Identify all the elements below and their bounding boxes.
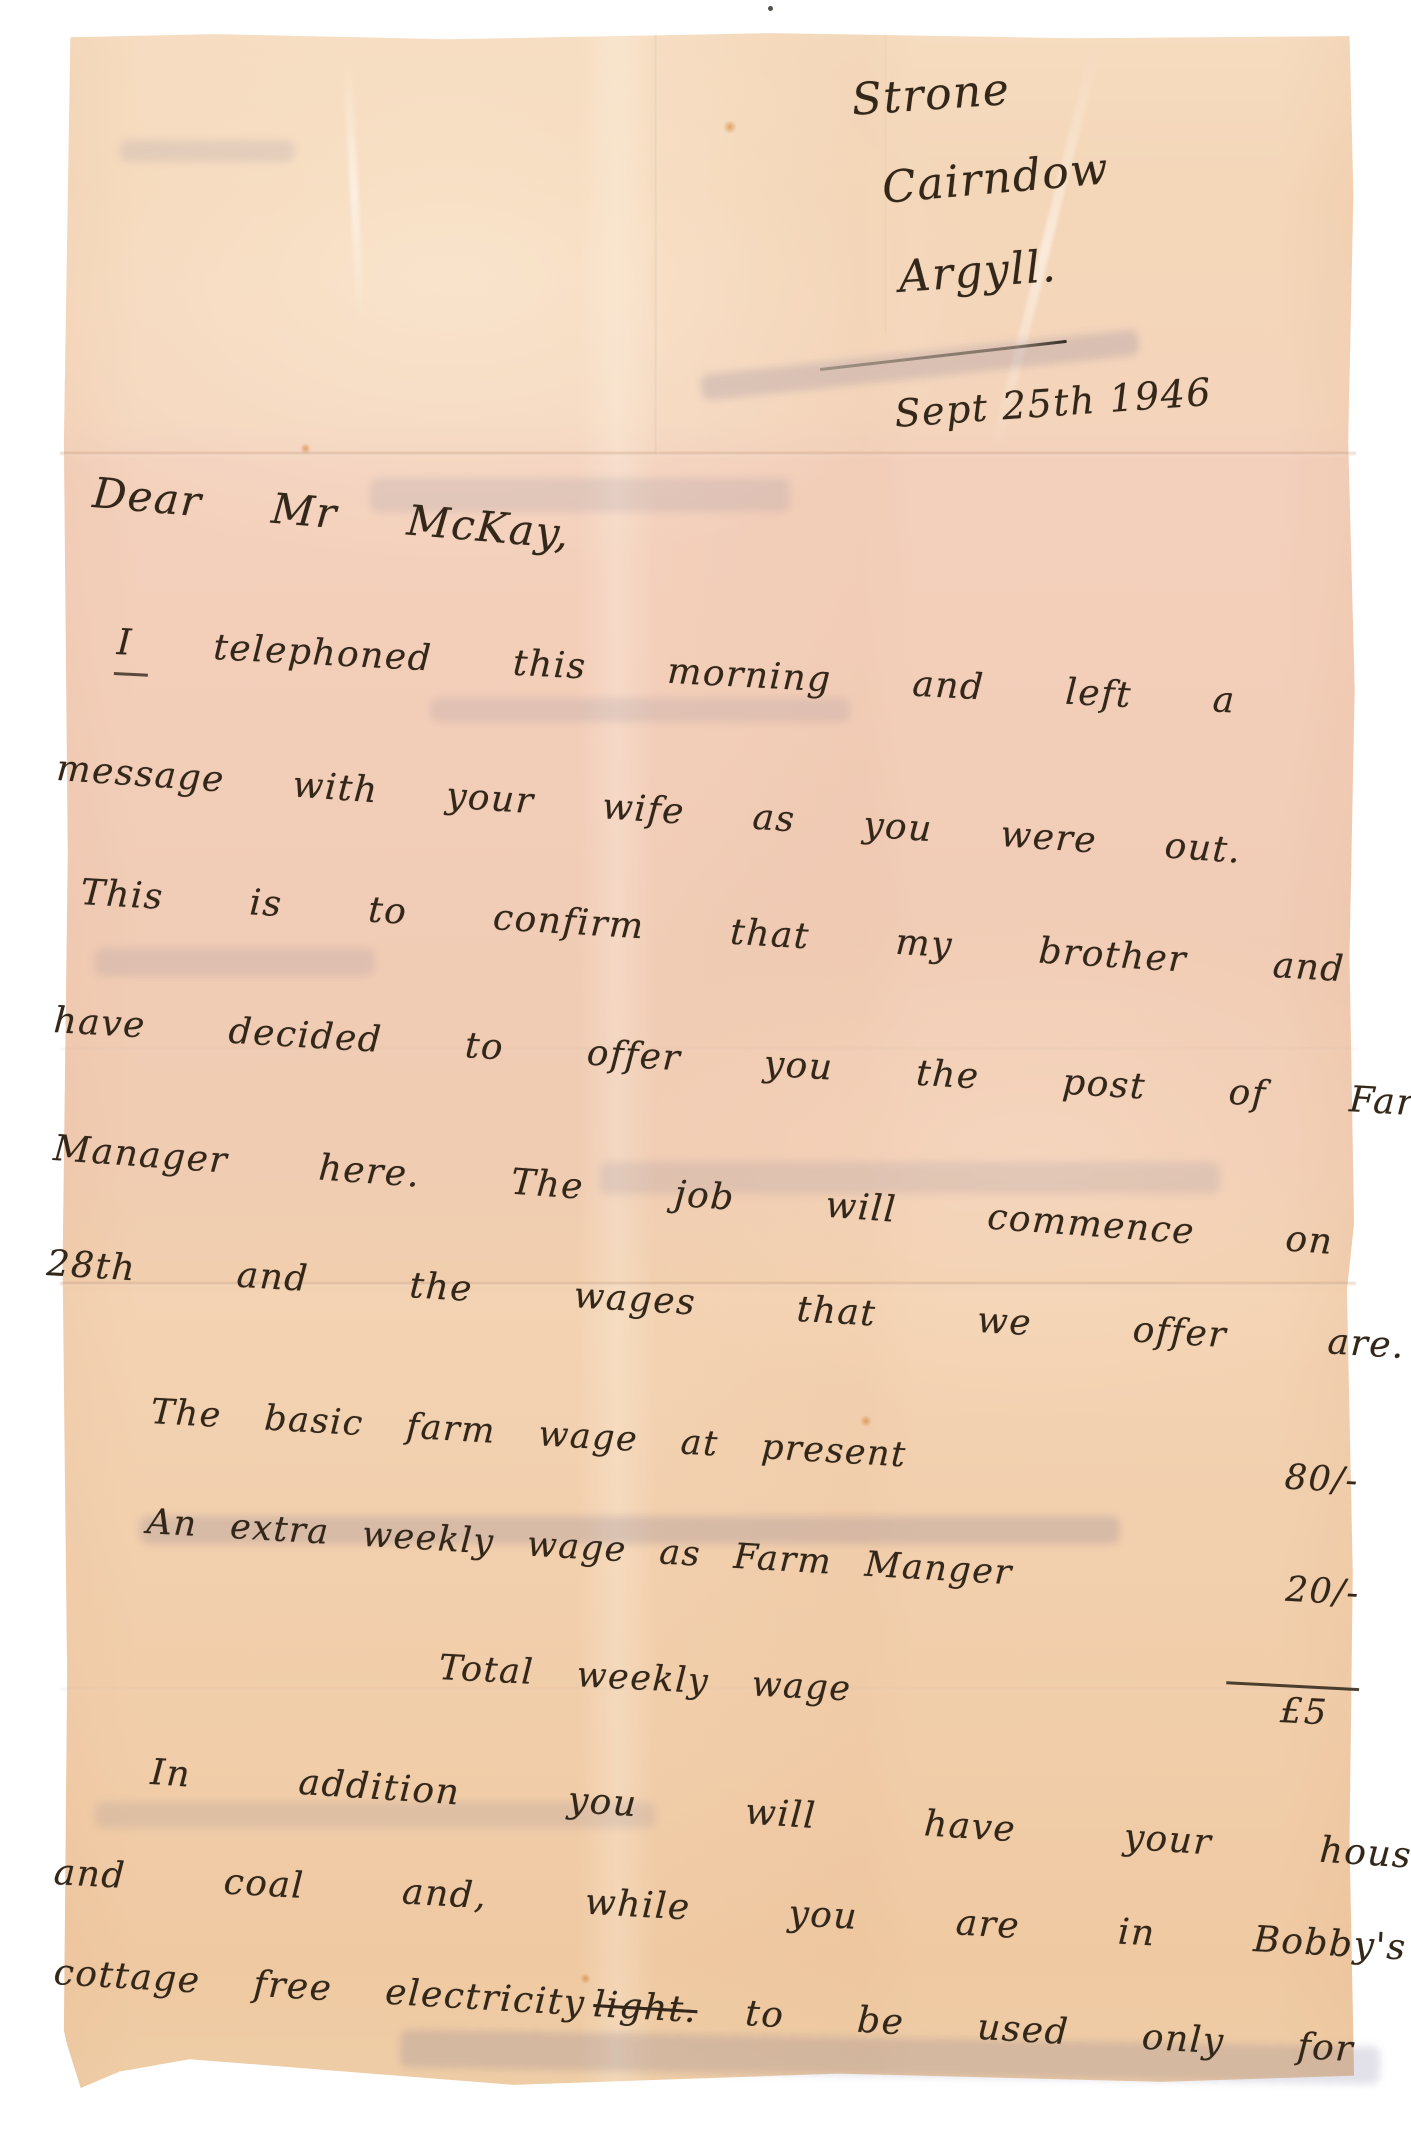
scanned-letter-page: Strone Cairndow Argyll. Sept 25th 1946 D…	[0, 0, 1411, 2148]
struck-word: light.	[592, 1984, 698, 2031]
wage-basic-amount: 80/-	[1284, 1457, 1360, 1501]
wage-total-amount: £5	[1224, 1681, 1359, 1735]
wage-extra-amount: 20/-	[1284, 1570, 1360, 1614]
dust-speck	[768, 6, 773, 11]
